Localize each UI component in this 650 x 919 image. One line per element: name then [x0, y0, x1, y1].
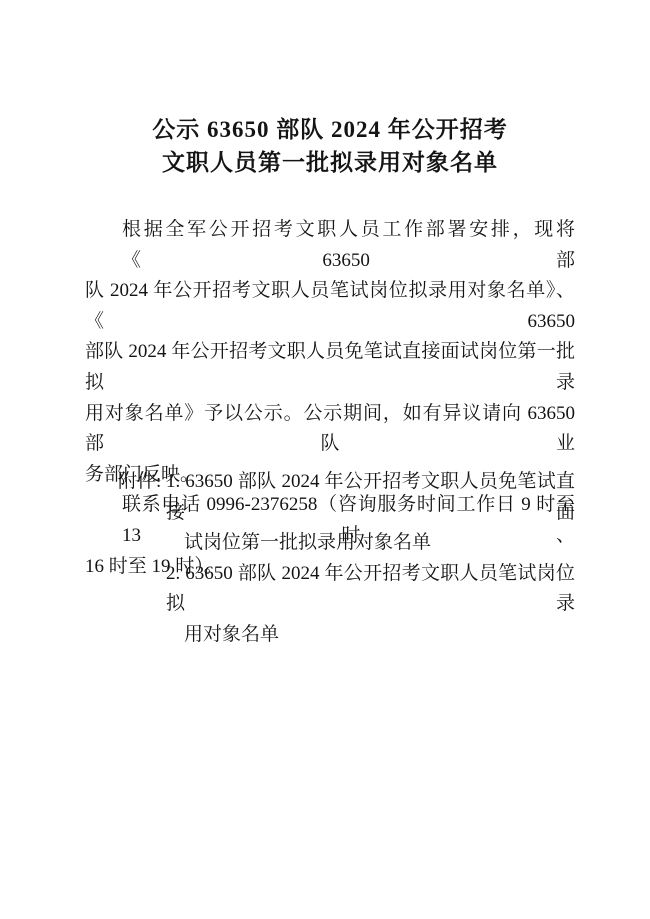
- attachment-item-2-line-2: 用对象名单: [184, 620, 575, 651]
- attachment-row: 用对象名单: [85, 620, 575, 651]
- document-title: 公示 63650 部队 2024 年公开招考 文职人员第一批拟录用对象名单: [85, 113, 575, 179]
- document-page: 公示 63650 部队 2024 年公开招考 文职人员第一批拟录用对象名单 根据…: [0, 0, 650, 919]
- attachment-row: 附件: 1. 63650 部队 2024 年公开招考文职人员免笔试直接面: [85, 467, 575, 528]
- attachment-item-1-line-2: 试岗位第一批拟录用对象名单: [184, 528, 575, 559]
- attachment-row: 试岗位第一批拟录用对象名单: [85, 528, 575, 559]
- body-line: 队 2024 年公开招考文职人员笔试岗位拟录用对象名单》、《63650: [85, 276, 575, 337]
- title-line-1: 公示 63650 部队 2024 年公开招考: [85, 113, 575, 146]
- body-line: 部队 2024 年公开招考文职人员免笔试直接面试岗位第一批拟录: [85, 337, 575, 398]
- attachment-item-1-line-1: 1. 63650 部队 2024 年公开招考文职人员免笔试直接面: [166, 467, 575, 528]
- attachment-section: 附件: 1. 63650 部队 2024 年公开招考文职人员免笔试直接面 试岗位…: [85, 467, 575, 651]
- attachment-row: 2. 63650 部队 2024 年公开招考文职人员笔试岗位拟录: [85, 559, 575, 620]
- attachment-label: 附件:: [118, 467, 161, 498]
- attachment-item-2-line-1: 2. 63650 部队 2024 年公开招考文职人员笔试岗位拟录: [166, 559, 575, 620]
- title-line-2: 文职人员第一批拟录用对象名单: [85, 146, 575, 179]
- body-line: 根据全军公开招考文职人员工作部署安排，现将《63650 部: [85, 215, 575, 276]
- body-line: 用对象名单》予以公示。公示期间，如有异议请向 63650 部队业: [85, 399, 575, 460]
